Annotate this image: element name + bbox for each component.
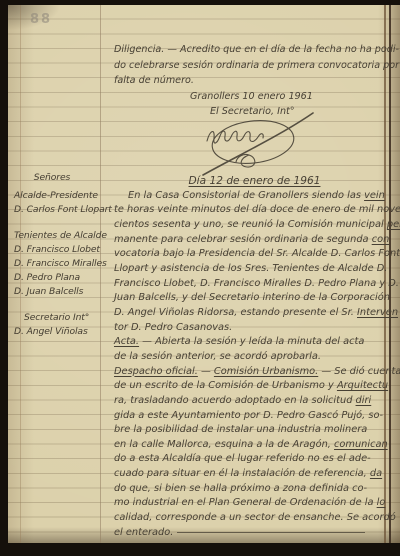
underlined-text: Acta. xyxy=(114,336,139,347)
attendees-margin-column: Señores Alcalde-PresidenteD. Carlos Font… xyxy=(14,171,110,339)
text: Juan Balcells, y del Secretario interino… xyxy=(114,292,390,303)
margin-entry: Secretario Int° xyxy=(14,311,110,325)
underlined-text: vein xyxy=(364,190,385,201)
text: bre la posibilidad de instalar una indus… xyxy=(114,424,367,435)
underlined-text: comunican xyxy=(334,439,388,450)
underlined-text: per xyxy=(387,219,400,230)
text: cientos sesenta y uno, se reunió la Comi… xyxy=(114,219,387,230)
underlined-text: Comisión Urbanismo. xyxy=(214,366,318,377)
session-line: tor D. Pedro Casanovas. xyxy=(114,321,395,336)
text: gida a este Ayuntamiento por D. Pedro Ga… xyxy=(114,410,383,421)
text: — xyxy=(198,366,214,377)
text: D. Angel Viñolas Ridorsa, estando presen… xyxy=(114,307,357,318)
text: calidad, corresponde a un sector de ensa… xyxy=(114,512,396,523)
margin-header: Señores xyxy=(14,171,90,185)
text: do a esta Alcaldía que el lugar referido… xyxy=(114,453,371,464)
text: Francisco Llobet, D. Francisco Miralles … xyxy=(114,278,399,289)
session-line: Despacho oficial. — Comisión Urbanismo. … xyxy=(114,365,395,380)
text: tor D. Pedro Casanovas. xyxy=(114,322,232,333)
session-line: de la sesión anterior, se acordó aprobar… xyxy=(114,350,395,365)
ledger-page: 88 Diligencia. — Acredito que en el día … xyxy=(8,5,400,543)
text: en la calle Mallorca, esquina a la de Ar… xyxy=(114,439,334,450)
underlined-text: Despacho oficial. xyxy=(114,366,198,377)
underlined-text: lo xyxy=(377,497,386,508)
margin-entry: D. Carlos Font Llopart xyxy=(14,203,110,217)
text: te horas veinte minutos del día doce de … xyxy=(114,204,400,215)
session-line: do a esta Alcaldía que el lugar referido… xyxy=(114,452,395,467)
underlined-text: con xyxy=(372,234,390,245)
margin-entry: D. Francisco Miralles xyxy=(14,257,110,271)
text: cuado para situar en él la instalación d… xyxy=(114,468,370,479)
session-line: mo industrial en el Plan General de Orde… xyxy=(114,496,395,511)
signature-oval-flourish xyxy=(210,116,297,168)
text: — Abierta la sesión y leída la minuta de… xyxy=(139,336,364,347)
session-line: gida a este Ayuntamiento por D. Pedro Ga… xyxy=(114,409,395,424)
session-line: vocatoria bajo la Presidencia del Sr. Al… xyxy=(114,247,395,262)
text: de un escrito de la Comisión de Urbanism… xyxy=(114,380,337,391)
session-line: te horas veinte minutos del día doce de … xyxy=(114,203,395,218)
session-line: bre la posibilidad de instalar una indus… xyxy=(114,423,395,438)
margin-entry: D. Angel Viñolas xyxy=(14,325,110,339)
session-line: Acta. — Abierta la sesión y leída la min… xyxy=(114,335,395,350)
underlined-text: da xyxy=(370,468,382,479)
text: Llopart y asistencia de los Sres. Tenien… xyxy=(114,263,387,274)
session-line: en la calle Mallorca, esquina a la de Ar… xyxy=(114,438,395,453)
signature-diagonal-stroke xyxy=(203,113,313,175)
text: do que, si bien se halla próximo a zona … xyxy=(114,483,367,494)
margin-entry: D. Pedro Plana xyxy=(14,271,110,285)
underlined-text: Interven xyxy=(357,307,398,318)
session-date-heading: Día 12 de enero de 1961 xyxy=(114,174,395,189)
margin-entry: Alcalde-Presidente xyxy=(14,189,110,203)
session-line: manente para celebrar sesión ordinaria d… xyxy=(114,233,395,248)
session-date-heading-text: Día 12 de enero de 1961 xyxy=(189,175,321,187)
session-line: Llopart y asistencia de los Sres. Tenien… xyxy=(114,262,395,277)
session-line: ra, trasladando acuerdo adoptado en la s… xyxy=(114,394,395,409)
diligencia-dateline: Granollers 10 enero 1961 xyxy=(114,89,398,105)
session-line: cientos sesenta y uno, se reunió la Comi… xyxy=(114,218,395,233)
text: ra, trasladando acuerdo adoptado en la s… xyxy=(114,395,356,406)
margin-entries: Alcalde-PresidenteD. Carlos Font Llopart… xyxy=(14,189,110,339)
session-line: el enterado. xyxy=(114,526,395,541)
session-line: Juan Balcells, y del Secretario interino… xyxy=(114,291,395,306)
text: manente para celebrar sesión ordinaria d… xyxy=(114,234,372,245)
session-line: calidad, corresponde a un sector de ensa… xyxy=(114,511,395,526)
text: de la sesión anterior, se acordó aprobar… xyxy=(114,351,321,362)
session-lines: En la Casa Consistorial de Granollers si… xyxy=(114,189,395,541)
page-number-stamp: 88 xyxy=(30,12,52,27)
margin-entry: D. Francisco Llobet xyxy=(14,243,110,257)
session-line: de un escrito de la Comisión de Urbanism… xyxy=(114,379,395,394)
diligencia-line: do celebrarse sesión ordinaria de primer… xyxy=(114,58,398,74)
filler-rule xyxy=(177,532,365,533)
text: — Se dió cuenta xyxy=(318,366,400,377)
session-line: do que, si bien se halla próximo a zona … xyxy=(114,482,395,497)
margin-entry: Tenientes de Alcalde xyxy=(14,229,110,243)
text: En la Casa Consistorial de Granollers si… xyxy=(128,190,364,201)
text: vocatoria bajo la Presidencia del Sr. Al… xyxy=(114,248,400,259)
text: el enterado. xyxy=(114,527,173,538)
diligencia-lines: Diligencia. — Acredito que en el día de … xyxy=(114,42,398,89)
session-line: En la Casa Consistorial de Granollers si… xyxy=(114,189,395,204)
margin-entry: D. Juan Balcells xyxy=(14,285,110,299)
session-line: D. Angel Viñolas Ridorsa, estando presen… xyxy=(114,306,395,321)
underlined-text: diri xyxy=(356,395,372,406)
underlined-text: Arquitectu xyxy=(337,380,388,391)
diligencia-line: falta de número. xyxy=(114,73,398,89)
session-line: Francisco Llobet, D. Francisco Miralles … xyxy=(114,277,395,292)
session-line: cuado para situar en él la instalación d… xyxy=(114,467,395,482)
session-minutes-section: Día 12 de enero de 1961 En la Casa Consi… xyxy=(114,174,395,540)
diligencia-line: Diligencia. — Acredito que en el día de … xyxy=(114,42,398,58)
text: mo industrial en el Plan General de Orde… xyxy=(114,497,377,508)
